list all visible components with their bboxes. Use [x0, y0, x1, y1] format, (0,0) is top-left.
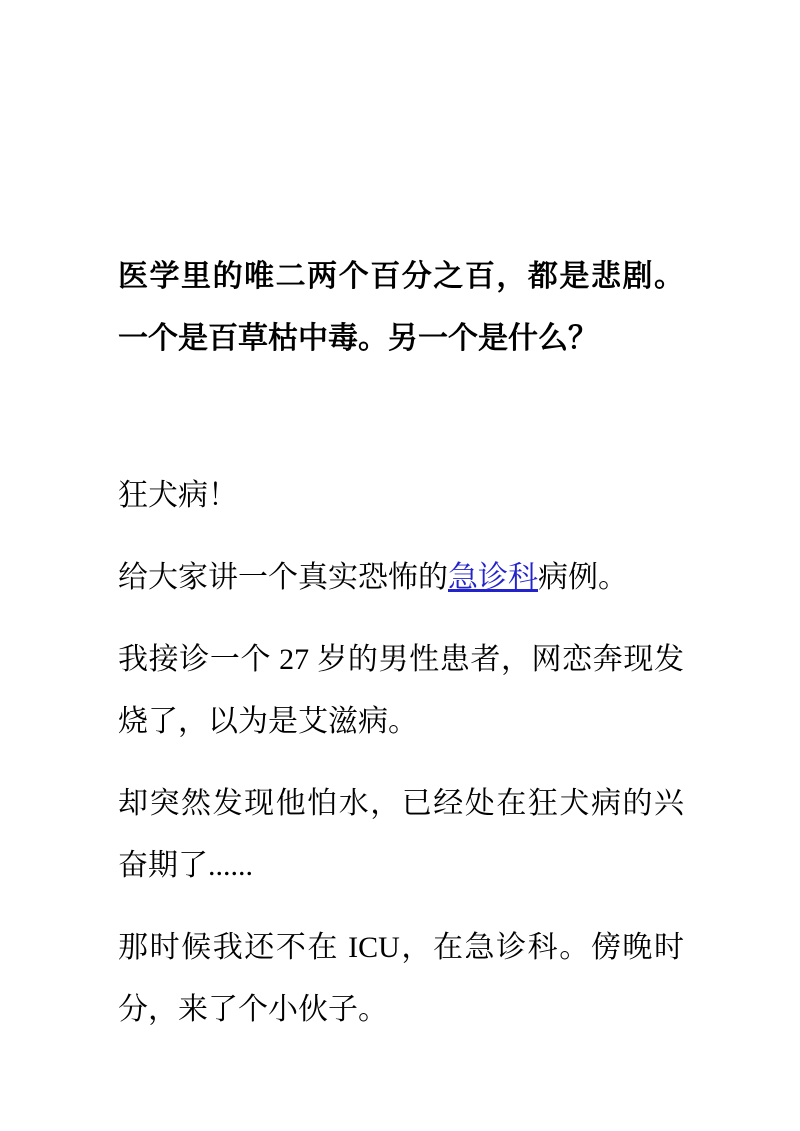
emergency-department-link[interactable]: 急诊科	[448, 561, 538, 594]
paragraph-rabies: 狂犬病！	[118, 465, 684, 527]
paragraph-patient: 我接诊一个 27 岁的男性患者，网恋奔现发烧了，以为是艾滋病。	[118, 629, 684, 753]
paragraph-evening: 那时候我还不在 ICU，在急诊科。傍晚时分，来了个小伙子。	[118, 917, 684, 1041]
document-content: 医学里的唯二两个百分之百，都是悲剧。一个是百草枯中毒。另一个是什么？ 狂犬病！ …	[0, 0, 800, 1041]
document-page: 医学里的唯二两个百分之百，都是悲剧。一个是百草枯中毒。另一个是什么？ 狂犬病！ …	[0, 0, 800, 1131]
paragraph-intro: 给大家讲一个真实恐怖的急诊科病例。	[118, 547, 684, 609]
paragraph-intro-text-after: 病例。	[538, 561, 628, 594]
document-title: 医学里的唯二两个百分之百，都是悲剧。一个是百草枯中毒。另一个是什么？	[118, 246, 684, 370]
paragraph-intro-text-before: 给大家讲一个真实恐怖的	[118, 561, 448, 594]
paragraph-hydrophobia: 却突然发现他怕水，已经处在狂犬病的兴奋期了......	[118, 773, 684, 897]
